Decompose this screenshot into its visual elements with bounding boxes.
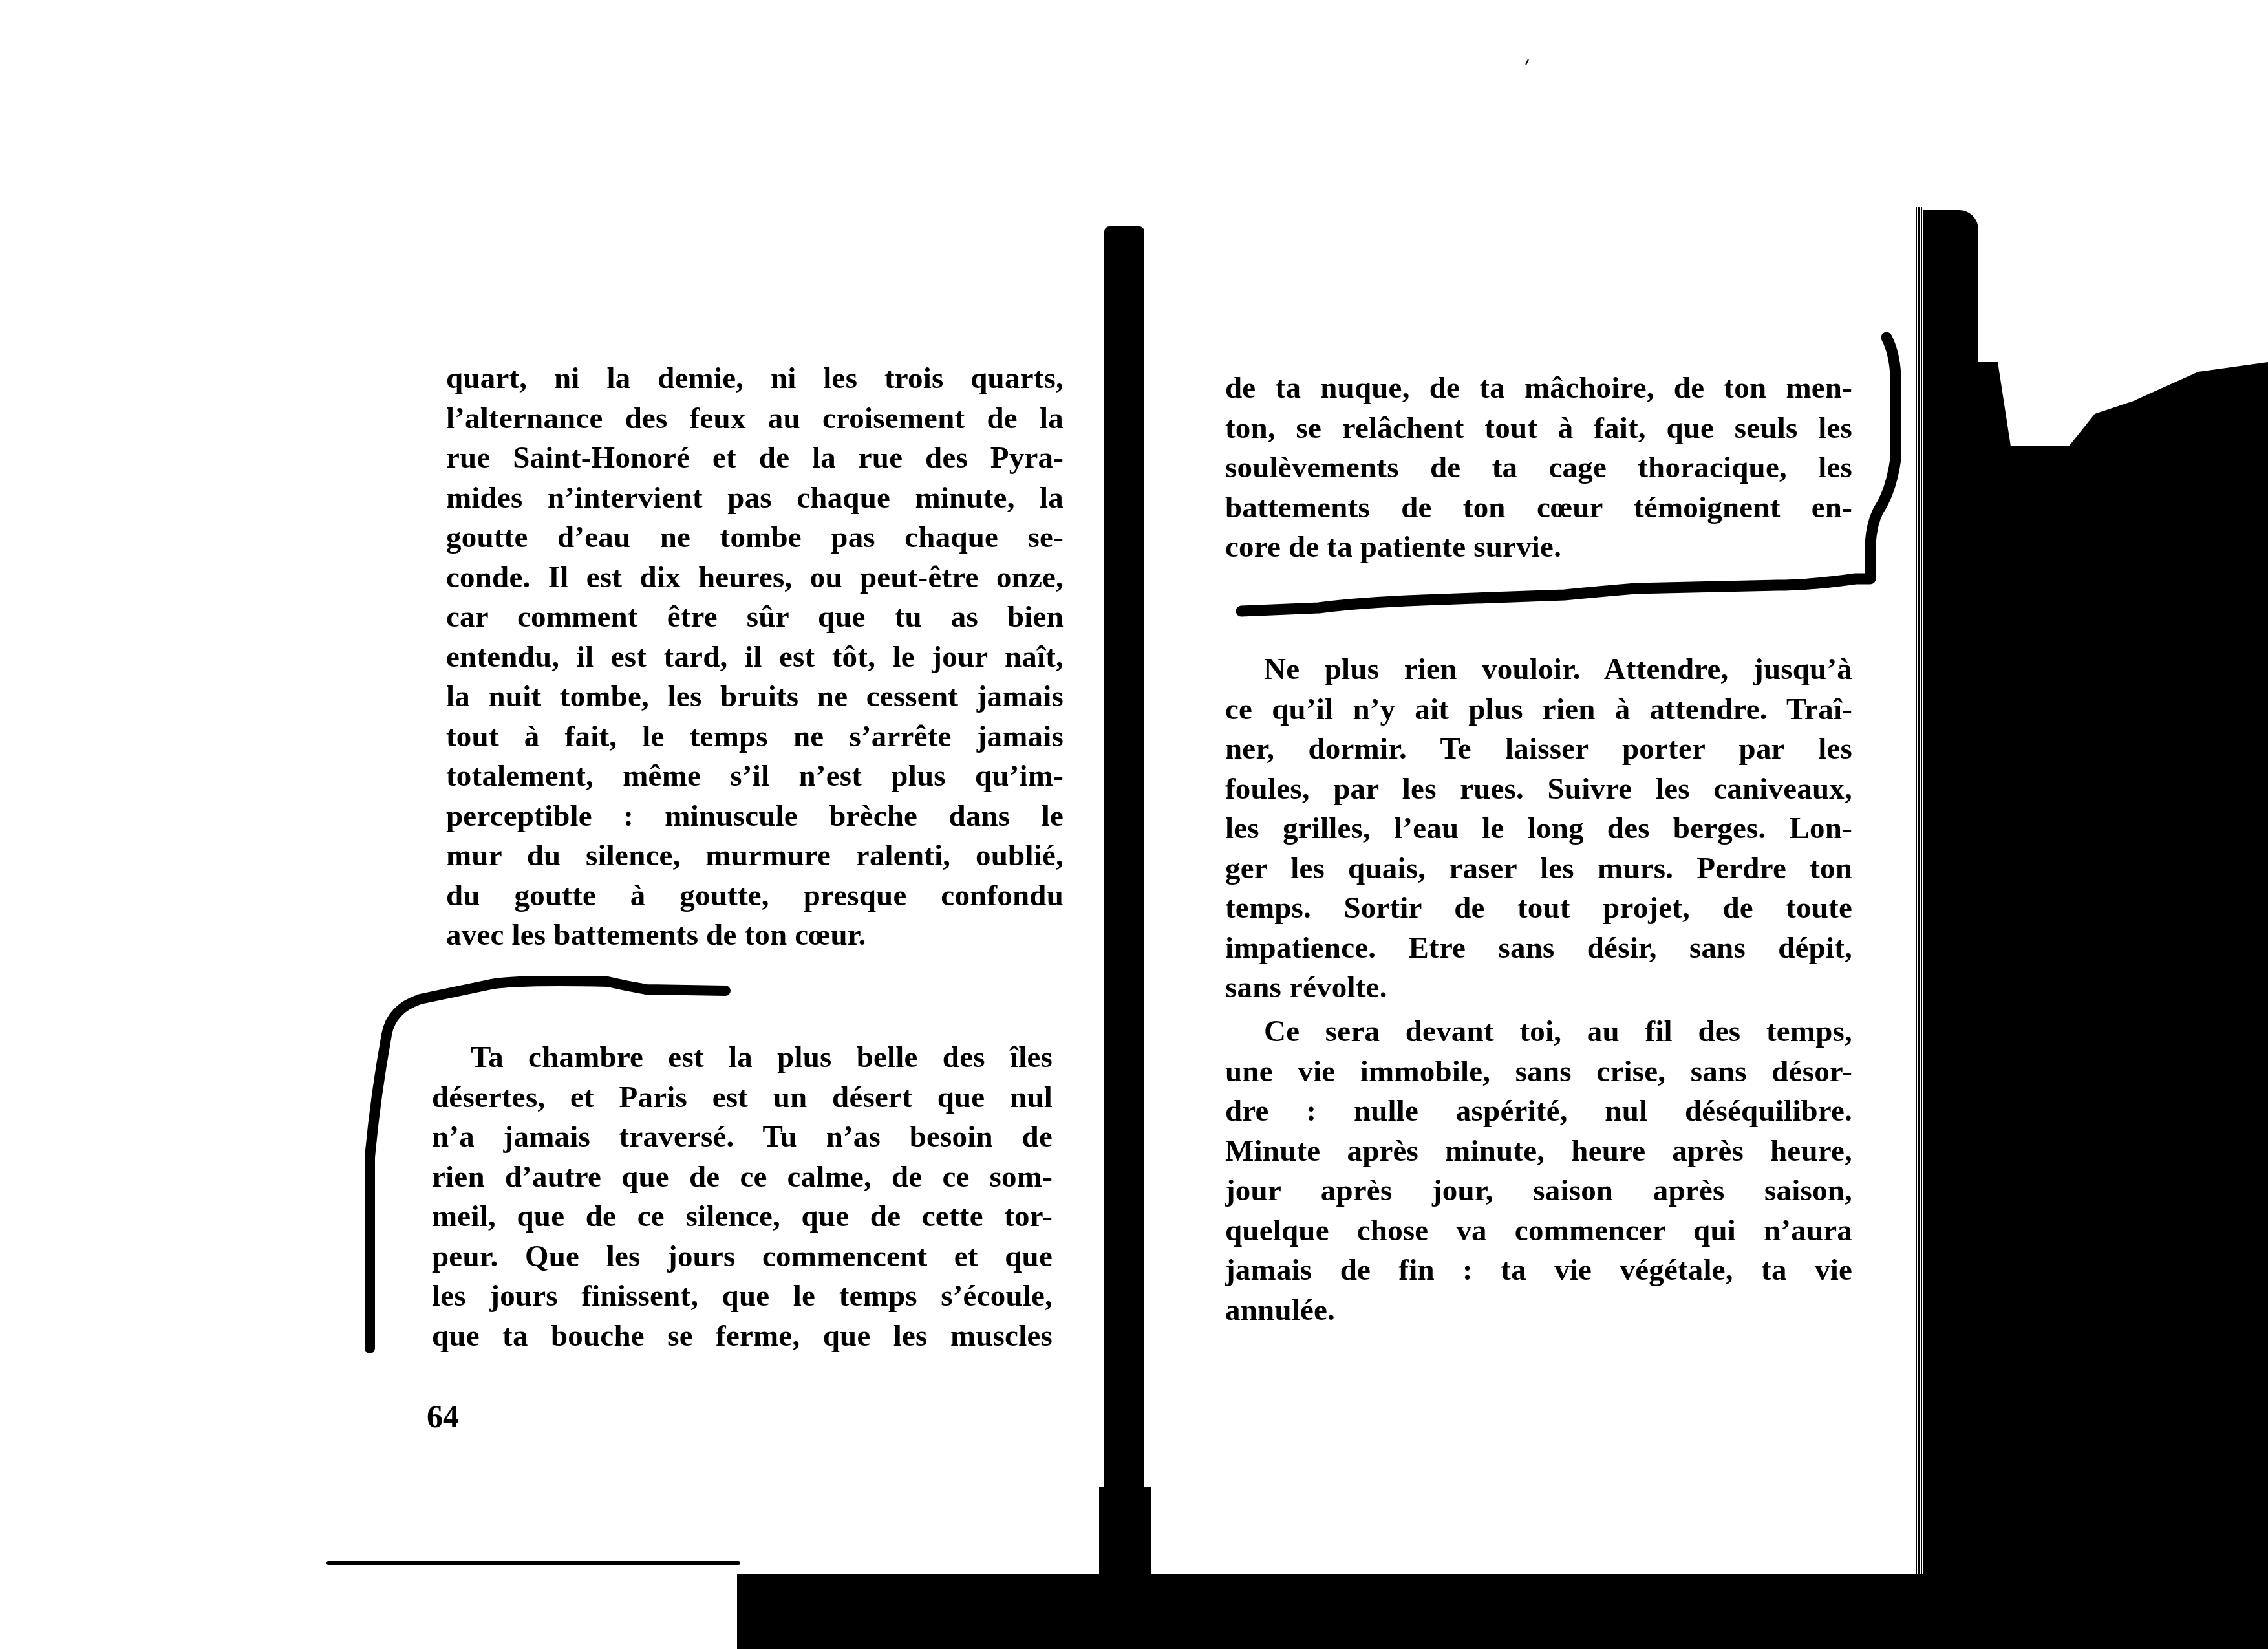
text-line: entendu, il est tard, il est tôt, le jou…	[446, 638, 1064, 678]
text-line: totalement, même s’il n’est plus qu’im-	[446, 757, 1064, 797]
book-scan: quart, ni la demie, ni les trois quarts,…	[0, 0, 2268, 1649]
text-line: core de ta patiente survie.	[1225, 528, 1852, 568]
text-line: mur du silence, murmure ralenti, oublié,	[446, 836, 1064, 876]
text-line: foules, par les rues. Suivre les canivea…	[1225, 770, 1852, 810]
gutter-shadow-lower	[1099, 1487, 1151, 1584]
page-number: 64	[427, 1397, 459, 1436]
text-line: Ne plus rien vouloir. Attendre, jusqu’à	[1225, 650, 1852, 690]
text-line: temps. Sortir de tout projet, de toute	[1225, 889, 1852, 929]
text-line: ce qu’il n’y ait plus rien à attendre. T…	[1225, 690, 1852, 730]
text-line: peur. Que les jours commencent et que	[432, 1237, 1053, 1277]
text-line: impatience. Etre sans désir, sans dépit,	[1225, 929, 1852, 969]
text-line: meil, que de ce silence, que de cette to…	[432, 1197, 1053, 1237]
right-background-edge	[1978, 362, 2268, 595]
text-line: quart, ni la demie, ni les trois quarts,	[446, 359, 1064, 399]
gutter-shadow	[1104, 226, 1144, 1578]
right-page-paragraph-2: Ne plus rien vouloir. Attendre, jusqu’à …	[1225, 650, 1852, 1008]
text-line: une vie immobile, sans crise, sans désor…	[1225, 1052, 1852, 1092]
text-line: avec les battements de ton cœur.	[446, 916, 1064, 956]
left-page-paragraph-2: Ta chambre est la plus belle des îles dé…	[432, 1038, 1053, 1356]
text-line: jour après jour, saison après saison,	[1225, 1171, 1852, 1211]
right-page-paragraph-1: de ta nuque, de ta mâchoire, de ton men-…	[1225, 369, 1852, 568]
stray-mark	[1526, 59, 1528, 65]
text-line: du goutte à goutte, presque confondu	[446, 876, 1064, 916]
text-line: goutte d’eau ne tombe pas chaque se-	[446, 518, 1064, 558]
text-line: Ta chambre est la plus belle des îles	[432, 1038, 1053, 1078]
right-page-paragraph-3: Ce sera devant toi, au fil des temps, un…	[1225, 1012, 1852, 1330]
text-line: que ta bouche se ferme, que les muscles	[432, 1317, 1053, 1357]
left-bottom-edge	[326, 1561, 740, 1565]
text-line: les grilles, l’eau le long des berges. L…	[1225, 809, 1852, 849]
text-line: mides n’intervient pas chaque minute, la	[446, 479, 1064, 519]
text-line: désertes, et Paris est un désert que nul	[432, 1078, 1053, 1118]
text-line: battements de ton cœur témoignent en-	[1225, 488, 1852, 528]
text-line: Minute après minute, heure après heure,	[1225, 1132, 1852, 1172]
text-line: ner, dormir. Te laisser porter par les	[1225, 729, 1852, 770]
text-line: conde. Il est dix heures, ou peut-être o…	[446, 558, 1064, 598]
text-line: quelque chose va commencer qui n’aura	[1225, 1211, 1852, 1251]
text-line: l’alternance des feux au croisement de l…	[446, 399, 1064, 439]
text-line: de ta nuque, de ta mâchoire, de ton men-	[1225, 369, 1852, 409]
text-line: n’a jamais traversé. Tu n’as besoin de	[432, 1117, 1053, 1158]
right-background	[1978, 588, 2268, 1584]
text-line: annulée.	[1225, 1291, 1852, 1331]
right-page-edge-dark	[1923, 210, 1978, 1584]
page-edge-lines	[1916, 207, 1921, 1578]
text-line: rue Saint-Honoré et de la rue des Pyra-	[446, 438, 1064, 479]
text-line: tout à fait, le temps ne s’arrête jamais	[446, 717, 1064, 757]
text-line: rien d’autre que de ce calme, de ce som-	[432, 1158, 1053, 1198]
left-page-paragraph-1: quart, ni la demie, ni les trois quarts,…	[446, 359, 1064, 956]
text-line: perceptible : minuscule brèche dans le	[446, 797, 1064, 837]
text-line: dre : nulle aspérité, nul déséquilibre.	[1225, 1092, 1852, 1132]
text-line: Ce sera devant toi, au fil des temps,	[1225, 1012, 1852, 1052]
bottom-background	[737, 1574, 2268, 1649]
text-line: ger les quais, raser les murs. Perdre to…	[1225, 849, 1852, 889]
text-line: jamais de fin : ta vie végétale, ta vie	[1225, 1251, 1852, 1291]
text-line: car comment être sûr que tu as bien	[446, 598, 1064, 638]
text-line: sans révolte.	[1225, 968, 1852, 1008]
text-line: les jours finissent, que le temps s’écou…	[432, 1277, 1053, 1317]
text-line: soulèvements de ta cage thoracique, les	[1225, 448, 1852, 488]
text-line: la nuit tombe, les bruits ne cessent jam…	[446, 677, 1064, 717]
text-line: ton, se relâchent tout à fait, que seuls…	[1225, 409, 1852, 449]
